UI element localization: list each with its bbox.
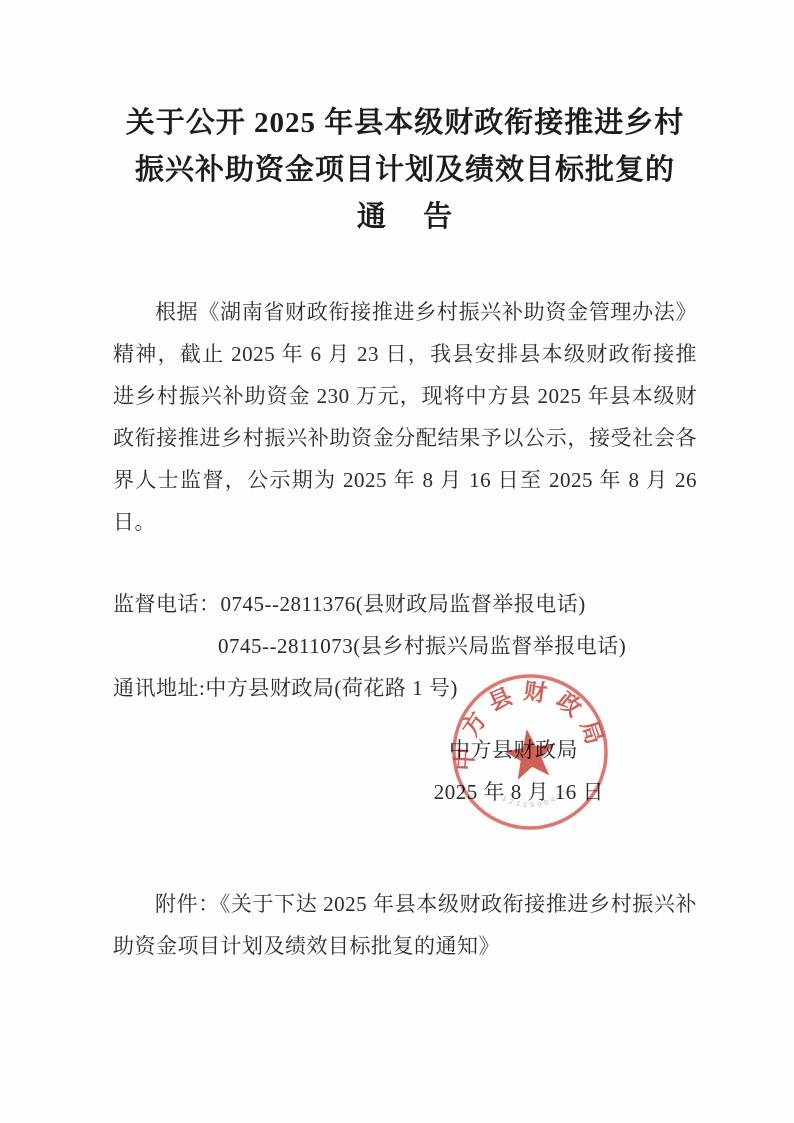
signature-date: 2025 年 8 月 16 日 — [113, 771, 697, 813]
attachment-paragraph: 附件：《关于下达 2025 年县本级财政衔接推进乡村振兴补助资金项目计划及绩效目… — [113, 883, 697, 967]
contact-block: 监督电话：0745--2811376(县财政局监督举报电话) 0745--281… — [113, 583, 697, 709]
title-line-3: 通 告 — [113, 194, 697, 241]
signature-org: 中方县财政局 — [113, 729, 697, 771]
mailing-address-line: 通讯地址:中方县财政局(荷花路 1 号) — [113, 667, 697, 709]
signature-block: 中方县财政局 2025 年 8 月 16 日 — [113, 729, 697, 813]
title-line-2: 振兴补助资金项目计划及绩效目标批复的 — [113, 147, 697, 194]
document-title: 关于公开 2025 年县本级财政衔接推进乡村 振兴补助资金项目计划及绩效目标批复… — [113, 100, 697, 241]
supervision-phone-line-2: 0745--2811073(县乡村振兴局监督举报电话) — [113, 625, 697, 667]
document-page: 关于公开 2025 年县本级财政衔接推进乡村 振兴补助资金项目计划及绩效目标批复… — [0, 0, 794, 1123]
title-line-1: 关于公开 2025 年县本级财政衔接推进乡村 — [113, 100, 697, 147]
body-paragraph: 根据《湖南省财政衔接推进乡村振兴补助资金管理办法》精神，截止 2025 年 6 … — [113, 291, 697, 543]
supervision-phone-line-1: 监督电话：0745--2811376(县财政局监督举报电话) — [113, 583, 697, 625]
